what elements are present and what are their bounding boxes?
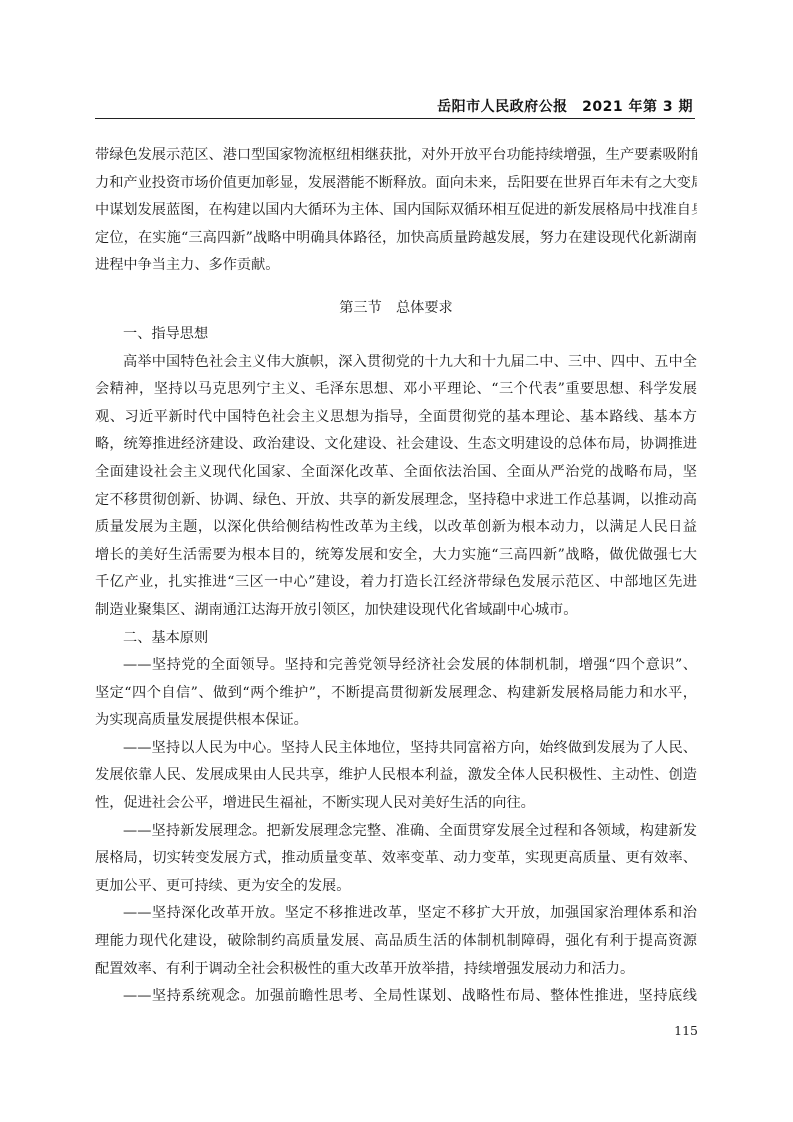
text-line: 全面建设社会主义现代化国家、全面深化改革、全面依法治国、全面从严治党的战略布局，… [95, 459, 697, 487]
section-title: 第三节 总体要求 [95, 280, 697, 321]
text-line: 进程中争当主力、多作贡献。 [95, 252, 697, 280]
text-line: 配置效率、有利于调动全社会积极性的重大改革开放举措，持续增强发展动力和活力。 [95, 956, 697, 984]
text-line: 制造业聚集区、湖南通江达海开放引领区，加快建设现代化省域副中心城市。 [95, 597, 697, 625]
text-line: 为实现高质量发展提供根本保证。 [95, 707, 697, 735]
text-line: 力和产业投资市场价值更加彰显，发展潜能不断释放。面向未来，岳阳要在世界百年未有之… [95, 170, 697, 198]
text-line: 坚定“四个自信”、做到“两个维护”，不断提高贯彻新发展理念、构建新发展格局能力和… [95, 680, 697, 708]
journal-title: 岳阳市人民政府公报 2021 年第 3 期 [437, 96, 693, 116]
page-header: 岳阳市人民政府公报 2021 年第 3 期 [95, 96, 695, 119]
text-line: 观、习近平新时代中国特色社会主义思想为指导，全面贯彻党的基本理论、基本路线、基本… [95, 404, 697, 432]
text-line: 千亿产业，扎实推进“三区一中心”建设，着力打造长江经济带绿色发展示范区、中部地区… [95, 569, 697, 597]
text-line: 高举中国特色社会主义伟大旗帜，深入贯彻党的十九大和十九届二中、三中、四中、五中全 [95, 349, 697, 377]
principle-people-centered: ——坚持以人民为中心。坚持人民主体地位，坚持共同富裕方向，始终做到发展为了人民、… [95, 735, 697, 818]
text-line: 会精神，坚持以马克思列宁主义、毛泽东思想、邓小平理论、“三个代表”重要思想、科学… [95, 376, 697, 404]
principle-new-development: ——坚持新发展理念。把新发展理念完整、准确、全面贯穿发展全过程和各领域，构建新发… [95, 818, 697, 901]
text-line: 质量发展为主题，以深化供给侧结构性改革为主线，以改革创新为根本动力，以满足人民日… [95, 514, 697, 542]
text-line: 略，统筹推进经济建设、政治建设、文化建设、社会建设、生态文明建设的总体布局，协调… [95, 431, 697, 459]
text-line: 定位，在实施“三高四新”战略中明确具体路径，加快高质量跨越发展，努力在建设现代化… [95, 225, 697, 253]
principle-reform-opening: ——坚持深化改革开放。坚定不移推进改革，坚定不移扩大开放，加强国家治理体系和治 … [95, 900, 697, 983]
subsection-heading: 二、基本原则 [95, 625, 697, 653]
text-line: 带绿色发展示范区、港口型国家物流枢纽相继获批，对外开放平台功能持续增强，生产要素… [95, 142, 697, 170]
page-number: 115 [674, 1023, 698, 1038]
subsection-heading: 一、指导思想 [95, 321, 697, 349]
principle-systems-thinking: ——坚持系统观念。加强前瞻性思考、全局性谋划、战略性布局、整体性推进，坚持底线 [95, 983, 697, 1011]
part-basic-principles: 二、基本原则 ——坚持党的全面领导。坚持和完善党领导经济社会发展的体制机制，增强… [95, 625, 697, 1011]
text-line: ——坚持新发展理念。把新发展理念完整、准确、全面贯穿发展全过程和各领域，构建新发 [95, 818, 697, 846]
text-line: 性，促进社会公平，增进民生福祉，不断实现人民对美好生活的向往。 [95, 790, 697, 818]
text-line: ——坚持以人民为中心。坚持人民主体地位，坚持共同富裕方向，始终做到发展为了人民、 [95, 735, 697, 763]
text-line: 理能力现代化建设，破除制约高质量发展、高品质生活的体制机制障碍，强化有利于提高资… [95, 928, 697, 956]
text-line: ——坚持党的全面领导。坚持和完善党领导经济社会发展的体制机制，增强“四个意识”、 [95, 652, 697, 680]
text-line: 发展依靠人民、发展成果由人民共享，维护人民根本利益，激发全体人民积极性、主动性、… [95, 762, 697, 790]
intro-paragraph: 带绿色发展示范区、港口型国家物流枢纽相继获批，对外开放平台功能持续增强，生产要素… [95, 142, 697, 280]
document-body: 带绿色发展示范区、港口型国家物流枢纽相继获批，对外开放平台功能持续增强，生产要素… [95, 142, 697, 1011]
text-line: 中谋划发展蓝图，在构建以国内大循环为主体、国内国际双循环相互促进的新发展格局中找… [95, 197, 697, 225]
text-line: 更加公平、更可持续、更为安全的发展。 [95, 873, 697, 901]
text-line: 增长的美好生活需要为根本目的，统筹发展和安全，大力实施“三高四新”战略，做优做强… [95, 542, 697, 570]
text-line: ——坚持系统观念。加强前瞻性思考、全局性谋划、战略性布局、整体性推进，坚持底线 [95, 983, 697, 1011]
principle-party-leadership: ——坚持党的全面领导。坚持和完善党领导经济社会发展的体制机制，增强“四个意识”、… [95, 652, 697, 735]
text-line: ——坚持深化改革开放。坚定不移推进改革，坚定不移扩大开放，加强国家治理体系和治 [95, 900, 697, 928]
text-line: 展格局，切实转变发展方式，推动质量变革、效率变革、动力变革，实现更高质量、更有效… [95, 845, 697, 873]
text-line: 定不移贯彻创新、协调、绿色、开放、共享的新发展理念，坚持稳中求进工作总基调，以推… [95, 487, 697, 515]
part-guiding-ideology: 一、指导思想 高举中国特色社会主义伟大旗帜，深入贯彻党的十九大和十九届二中、三中… [95, 321, 697, 625]
